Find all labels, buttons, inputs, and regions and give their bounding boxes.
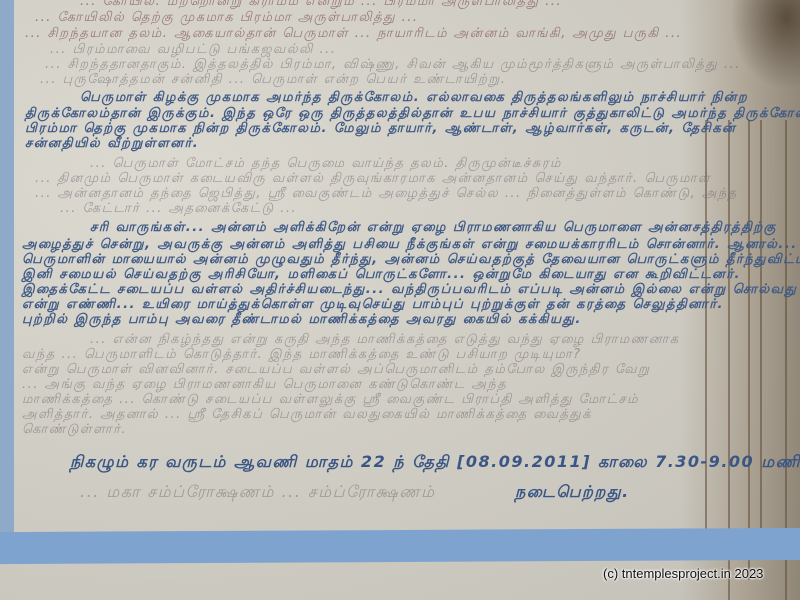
inscription-line: என்று பெருமாள் வினவினார். சடையப்ப வள்ளல்… xyxy=(22,362,650,378)
inscription-line: இனி சமையல் செய்வதற்கு அரிசியோ, மளிகைப் ப… xyxy=(22,267,741,283)
inscription-line: ... பெருமாள் மோட்சம் தந்த பெருமை வாய்ந்த… xyxy=(90,156,562,172)
inscription-line: மாணிக்கத்தை ... கொண்டு சடையப்ப வள்ளலுக்க… xyxy=(22,392,639,408)
inscription-line: ... சிறந்தயான தலம். ஆகையால்தான் பெருமாள்… xyxy=(25,26,682,42)
inscription-line: நடைபெற்றது. xyxy=(515,482,630,503)
inscription-line: அளித்தார். அதனால் ... ஸ்ரீ தேசிகப் பெரும… xyxy=(22,407,592,423)
inscription-line: பிரம்மா தெற்கு முகமாக நின்ற திருக்கோலம்.… xyxy=(25,121,736,137)
inscription-line: ... தினமும் பெருமாள் கடையவிரு வள்ளல் திர… xyxy=(35,171,711,187)
inscription-line: என்று எண்ணி... உயிரை மாய்த்துக்கொள்ள முட… xyxy=(22,297,724,313)
dark-stain-top-right xyxy=(730,0,800,90)
inscription-line: பெருமாள் கிழக்கு முகமாக அமர்ந்த திருக்கோ… xyxy=(80,90,748,106)
copyright-watermark: (c) tntemplesproject.in 2023 xyxy=(603,566,763,581)
blue-left-border xyxy=(0,0,14,540)
inscription-line: புற்றில் இருந்த பாம்பு அவரை தீண்டாமல் மா… xyxy=(22,312,582,328)
inscription-line: ... மகா சம்ப்ரோக்ஷணம் ... சம்ப்ரோக்ஷணம் xyxy=(80,482,436,503)
inscription-line: வந்த ... பெருமாளிடம் கொடுத்தார். இந்த மா… xyxy=(22,347,582,363)
inscription-line: ... பிரம்மாவை வழிபட்டு பங்கஜவல்லி ... xyxy=(50,42,336,58)
inscription-line: கொண்டுள்ளார். xyxy=(22,422,127,438)
inscription-line: ... என்ன நிகழ்ந்தது என்று கருதி அந்த மாண… xyxy=(90,332,680,348)
inscription-line: பெருமாளின் மாயையால் அன்னம் முழுவதும் தீர… xyxy=(22,252,800,268)
drip-stain xyxy=(760,120,762,560)
drip-stain xyxy=(748,120,750,580)
inscription-line: ... அன்னதானம் தந்தை ஜெபித்து, ஸ்ரீ வைகுண… xyxy=(35,186,738,202)
inscription-line: ... அங்கு வந்த ஏழை பிராமணனாகிய பெருமானை … xyxy=(22,377,507,393)
inscription-line: அழைத்துச் சென்று, அவருக்கு அன்னம் அளித்த… xyxy=(22,237,798,253)
inscription-line: ... கேட்டார் ... அதனைக்கேட்டு ... xyxy=(60,201,297,217)
inscription-line: ... கோயிலில் தெற்கு முகமாக பிரம்மா அருள்… xyxy=(35,10,419,26)
inscription-line: ... கோயில். மற்றொன்று கிராமம் என்றும் ..… xyxy=(80,0,562,10)
inscription-line: இதைக்கேட்ட சடையப்ப வள்ளல் அதிர்ச்சியடைந்… xyxy=(22,282,797,298)
inscription-line: ... சிறந்ததானதாகும். இத்தலத்தில் பிரம்மா… xyxy=(45,57,741,73)
inscription-line: திருக்கோலம்தான் இருக்கும். இந்த ஒரே ஒரு … xyxy=(25,106,800,122)
inscription-line: சன்னதியில் வீற்றுள்ளனர். xyxy=(25,136,199,152)
inscription-line: சரி வாருங்கள்... அன்னம் அளிக்கிறேன் என்ற… xyxy=(90,220,777,236)
inscription-date-line: நிகழும் கர வருடம் ஆவணி மாதம் 22 ந் தேதி … xyxy=(70,452,800,473)
inscription-line: ... புருஷோத்தமன் சன்னிதி ... பெருமாள் என… xyxy=(40,72,506,88)
blue-bottom-border xyxy=(0,528,800,564)
